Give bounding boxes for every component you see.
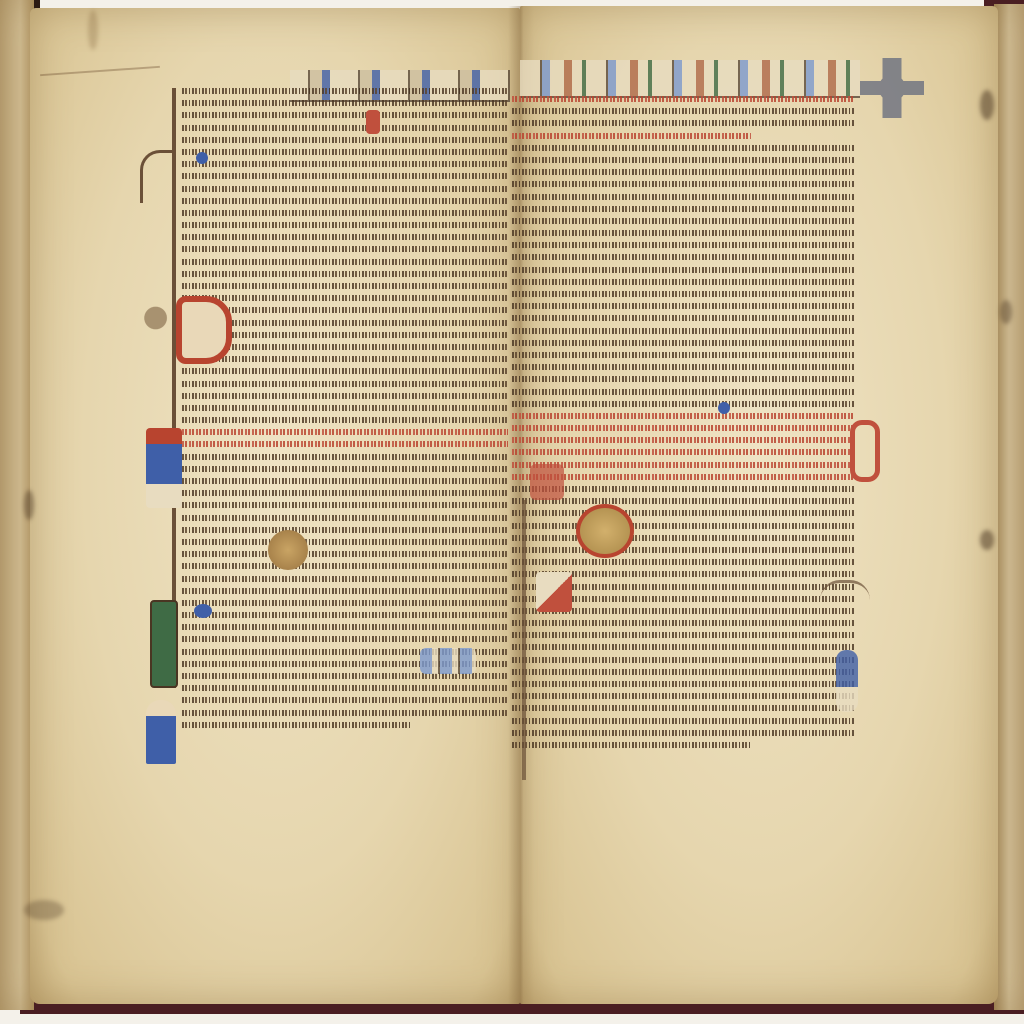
blue-roundel-icon [194,604,212,618]
stain [1000,300,1012,324]
right-text-column [512,96,854,778]
red-initial-right [850,420,880,482]
gold-initial-o [576,504,634,558]
right-border-vine [522,500,526,780]
stain [980,90,994,120]
grotesque-bird-icon [140,150,173,203]
red-initial-small [366,110,380,134]
historiated-initial-d [176,296,232,364]
hybrid-creature-icon [128,302,174,342]
castle-small-icon [420,648,476,674]
open-manuscript: Open illuminated manuscript [0,0,1024,1024]
red-creature-right [530,464,564,500]
pointing-figure-icon [820,580,870,623]
castle-frieze-right [520,60,860,98]
standing-figure-blue-robe [146,700,176,764]
stain [980,530,994,550]
blue-roundel-icon [718,402,730,414]
stain [24,490,34,520]
gold-medallion [268,530,308,570]
green-initial-bar [150,600,178,688]
figure-right-margin-icon [836,650,858,712]
blue-roundel-icon [196,152,208,164]
cross-terminal-ornament [860,58,924,118]
red-creature-lower [536,572,572,612]
right-page-stack [994,4,1024,1010]
stain [88,10,98,50]
initial-e-blue [146,428,182,508]
stain [24,900,64,920]
